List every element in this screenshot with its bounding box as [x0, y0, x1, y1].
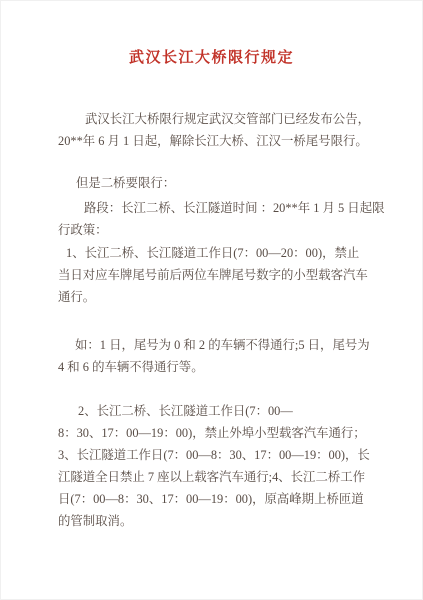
text-line: 武汉长江大桥限行规定武汉交管部门已经发布公告，	[58, 108, 362, 130]
text-line: 日(7：00—8：30、17：00—19：00)，原高峰期上桥匝道	[58, 488, 362, 510]
paragraph-road-section-time: 路段：长江二桥、长江隧道时间 ：20**年 1 月 5 日起限行政策：	[58, 197, 362, 241]
paragraph-intro: 武汉长江大桥限行规定武汉交管部门已经发布公告，20**年 6 月 1 日起，解除…	[58, 108, 362, 152]
paragraph-second-bridge-note: 但是二桥要限行：	[58, 172, 362, 194]
paragraph-example: 如：1 日，尾号为 0 和 2 的车辆不得通行;5 日，尾号为4 和 6 的车辆…	[58, 334, 362, 378]
text-line: 当日对应车牌尾号前后两位车牌尾号数字的小型载客汽车	[58, 264, 362, 286]
document-page: 武汉长江大桥限行规定 武汉长江大桥限行规定武汉交管部门已经发布公告，20**年 …	[0, 0, 423, 600]
text-line: 通行。	[58, 286, 362, 308]
text-line: 3、长江隧道工作日(7：00—8：30、17：00—19：00)，长	[58, 444, 362, 466]
text-line: 路段：长江二桥、长江隧道时间 ：20**年 1 月 5 日起限	[58, 197, 362, 219]
document-title: 武汉长江大桥限行规定	[1, 1, 422, 67]
text-line: 江隧道全日禁止 7 座以上载客汽车通行;4、长江二桥工作	[58, 466, 362, 488]
text-line: 行政策：	[58, 219, 362, 241]
text-line: 4 和 6 的车辆不得通行等。	[58, 356, 362, 378]
text-line: 20**年 6 月 1 日起，解除长江大桥、江汉一桥尾号限行。	[58, 130, 362, 152]
text-line: 如：1 日，尾号为 0 和 2 的车辆不得通行;5 日，尾号为	[58, 334, 362, 356]
text-line: 2、长江二桥、长江隧道工作日(7：00—	[58, 400, 362, 422]
text-line: 但是二桥要限行：	[58, 172, 362, 194]
text-line: 1、长江二桥、长江隧道工作日(7：00—20：00)，禁止	[58, 242, 362, 264]
text-line: 的管制取消。	[58, 510, 362, 532]
paragraph-rules-2-3-4: 2、长江二桥、长江隧道工作日(7：00—8：30、17：00—19：00)，禁止…	[58, 400, 362, 532]
document-body: 武汉长江大桥限行规定武汉交管部门已经发布公告，20**年 6 月 1 日起，解除…	[1, 108, 422, 532]
text-line: 8：30、17：00—19：00)，禁止外埠小型载客汽车通行；	[58, 422, 362, 444]
paragraph-rule-1: 1、长江二桥、长江隧道工作日(7：00—20：00)，禁止当日对应车牌尾号前后两…	[58, 242, 362, 308]
